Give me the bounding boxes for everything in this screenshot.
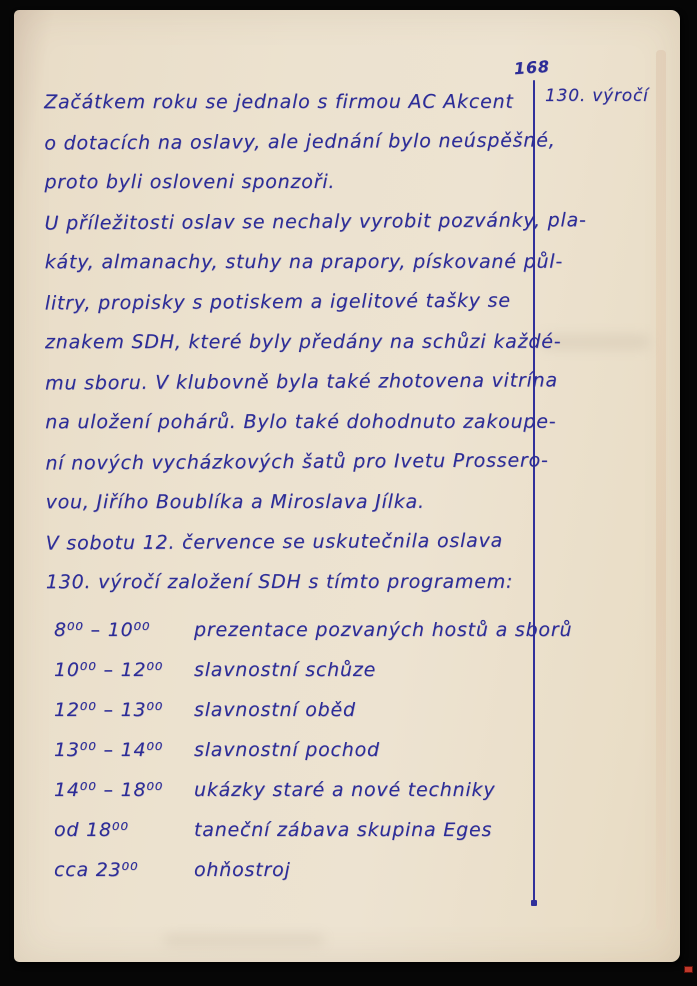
- text-line: mu sboru. V klubovně byla také zhotovena…: [45, 361, 531, 404]
- program-row: cca 23⁰⁰ ohňostroj: [54, 850, 534, 890]
- program-activity: prezentace pozvaných hostů a sborů: [194, 610, 572, 650]
- program-activity: taneční zábava skupina Eges: [194, 810, 534, 850]
- program-activity: slavnostní schůze: [194, 650, 534, 690]
- program-activity: ohňostroj: [194, 850, 534, 890]
- text-line: káty, almanachy, stuhy na prapory, písko…: [45, 242, 531, 282]
- text-line: na uložení pohárů. Bylo také dohodnuto z…: [45, 402, 531, 442]
- margin-line-end-dot: [531, 900, 537, 906]
- program-row: od 18⁰⁰ taneční zábava skupina Eges: [54, 810, 534, 850]
- program-activity: slavnostní pochod: [194, 730, 534, 770]
- program-time: 8⁰⁰ – 10⁰⁰: [54, 610, 194, 650]
- text-line: Začátkem roku se jednalo s firmou AC Akc…: [44, 82, 530, 122]
- program-row: 10⁰⁰ – 12⁰⁰ slavnostní schůze: [54, 650, 534, 690]
- text-line: V sobotu 12. července se uskutečnila osl…: [46, 521, 532, 564]
- program-row: 12⁰⁰ – 13⁰⁰ slavnostní oběd: [54, 690, 534, 730]
- body-text-block: Začátkem roku se jednalo s firmou AC Akc…: [44, 81, 532, 603]
- chronicle-page: 168 130. výročí Začátkem roku se jednalo…: [14, 10, 680, 962]
- program-schedule: 8⁰⁰ – 10⁰⁰ prezentace pozvaných hostů a …: [54, 610, 534, 890]
- program-time: 14⁰⁰ – 18⁰⁰: [54, 770, 194, 810]
- program-row: 14⁰⁰ – 18⁰⁰ ukázky staré a nové techniky: [54, 770, 534, 810]
- program-activity: ukázky staré a nové techniky: [194, 770, 534, 810]
- program-time: 13⁰⁰ – 14⁰⁰: [54, 730, 194, 770]
- photo-frame: 168 130. výročí Začátkem roku se jednalo…: [0, 0, 697, 986]
- page-number: 168: [513, 57, 550, 78]
- program-time: 12⁰⁰ – 13⁰⁰: [54, 690, 194, 730]
- text-line: znakem SDH, které byly předány na schůzi…: [45, 322, 531, 362]
- bleed-through-smudge: [164, 935, 324, 945]
- text-line: vou, Jiřího Boublíka a Miroslava Jílka.: [46, 482, 532, 522]
- red-corner-mark: [684, 966, 693, 973]
- text-line: proto byli osloveni sponzoři.: [44, 162, 530, 202]
- program-time: cca 23⁰⁰: [54, 850, 194, 890]
- program-row: 13⁰⁰ – 14⁰⁰ slavnostní pochod: [54, 730, 534, 770]
- text-line: 130. výročí založení SDH s tímto program…: [46, 562, 532, 602]
- program-time: 10⁰⁰ – 12⁰⁰: [54, 650, 194, 690]
- margin-note-anniversary: 130. výročí: [545, 86, 649, 106]
- text-line: ní nových vycházkových šatů pro Ivetu Pr…: [45, 441, 531, 484]
- program-row: 8⁰⁰ – 10⁰⁰ prezentace pozvaných hostů a …: [54, 610, 534, 650]
- page-edge-shading: [656, 50, 666, 930]
- text-line: litry, propisky s potiskem a igelitové t…: [45, 281, 531, 324]
- text-line: o dotacích na oslavy, ale jednání bylo n…: [44, 121, 530, 164]
- program-time: od 18⁰⁰: [54, 810, 194, 850]
- program-activity: slavnostní oběd: [194, 690, 534, 730]
- text-line: U příležitosti oslav se nechaly vyrobit …: [44, 201, 530, 244]
